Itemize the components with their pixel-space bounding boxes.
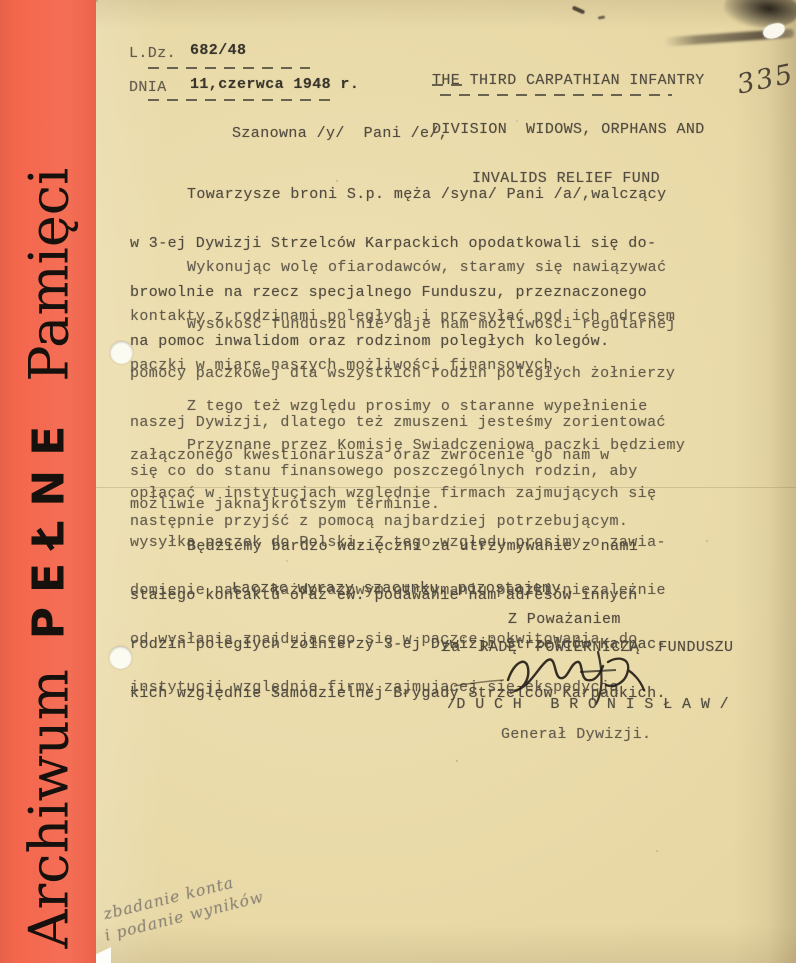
ref-number-value: 682/48 [190, 43, 246, 59]
letter-line: Towarzysze broni S.p. męża /syna/ Pani /… [130, 187, 666, 203]
date-label: DNIA [129, 80, 167, 96]
signer-name: /D U C H B R O N I S Ł A W / [447, 697, 729, 713]
archive-banner: Archiwum PEŁNE Pamięci [0, 0, 96, 963]
ref-underline [148, 67, 310, 69]
hole-punch-bottom [109, 646, 132, 669]
date-value: 11,czerwca 1948 r. [190, 77, 359, 93]
letter-line: Będziemy bardzo wdzięczni za utrzymywani… [130, 539, 666, 555]
letter-line: Wysokość funduszu nie daje nam możliwośc… [130, 317, 676, 333]
banner-word-pelne: PEŁNE [23, 412, 74, 639]
letter-line: Wykonując wolę ofiarodawców, staramy się… [130, 260, 675, 276]
paper-specks [96, 0, 98, 2]
closing-line: Łącząc wyrazy szacunku, pozostajemy [232, 581, 561, 597]
ref-number-label: L.Dz. [129, 46, 176, 62]
org-left-dashes [432, 84, 468, 86]
date-underline [148, 99, 334, 101]
org-underline [440, 94, 672, 96]
archive-banner-text: Archiwum PEŁNE Pamięci [1, 0, 97, 963]
scanned-letter-page: Archiwum PEŁNE Pamięci L.Dz. 682/48 DNIA… [0, 0, 796, 963]
banner-word-archiwum: Archiwum [17, 669, 80, 948]
salutation: Szanowna /y/ Pani /e/, [232, 126, 448, 142]
org-name-line1: THE THIRD CARPATHIAN INFANTRY [432, 73, 700, 89]
valediction: Z Poważaniem [508, 612, 621, 628]
banner-word-pamieci: Pamięci [17, 168, 80, 382]
letter-line: Przyznane przez Komisję Swiadczeniową pa… [130, 438, 685, 454]
org-name-line2: DIVISION WIDOWS, ORPHANS AND [432, 122, 700, 138]
letter-line: opłacać w instytucjach względnie firmach… [130, 486, 685, 502]
signer-title: Generał Dywizji. [501, 727, 651, 743]
